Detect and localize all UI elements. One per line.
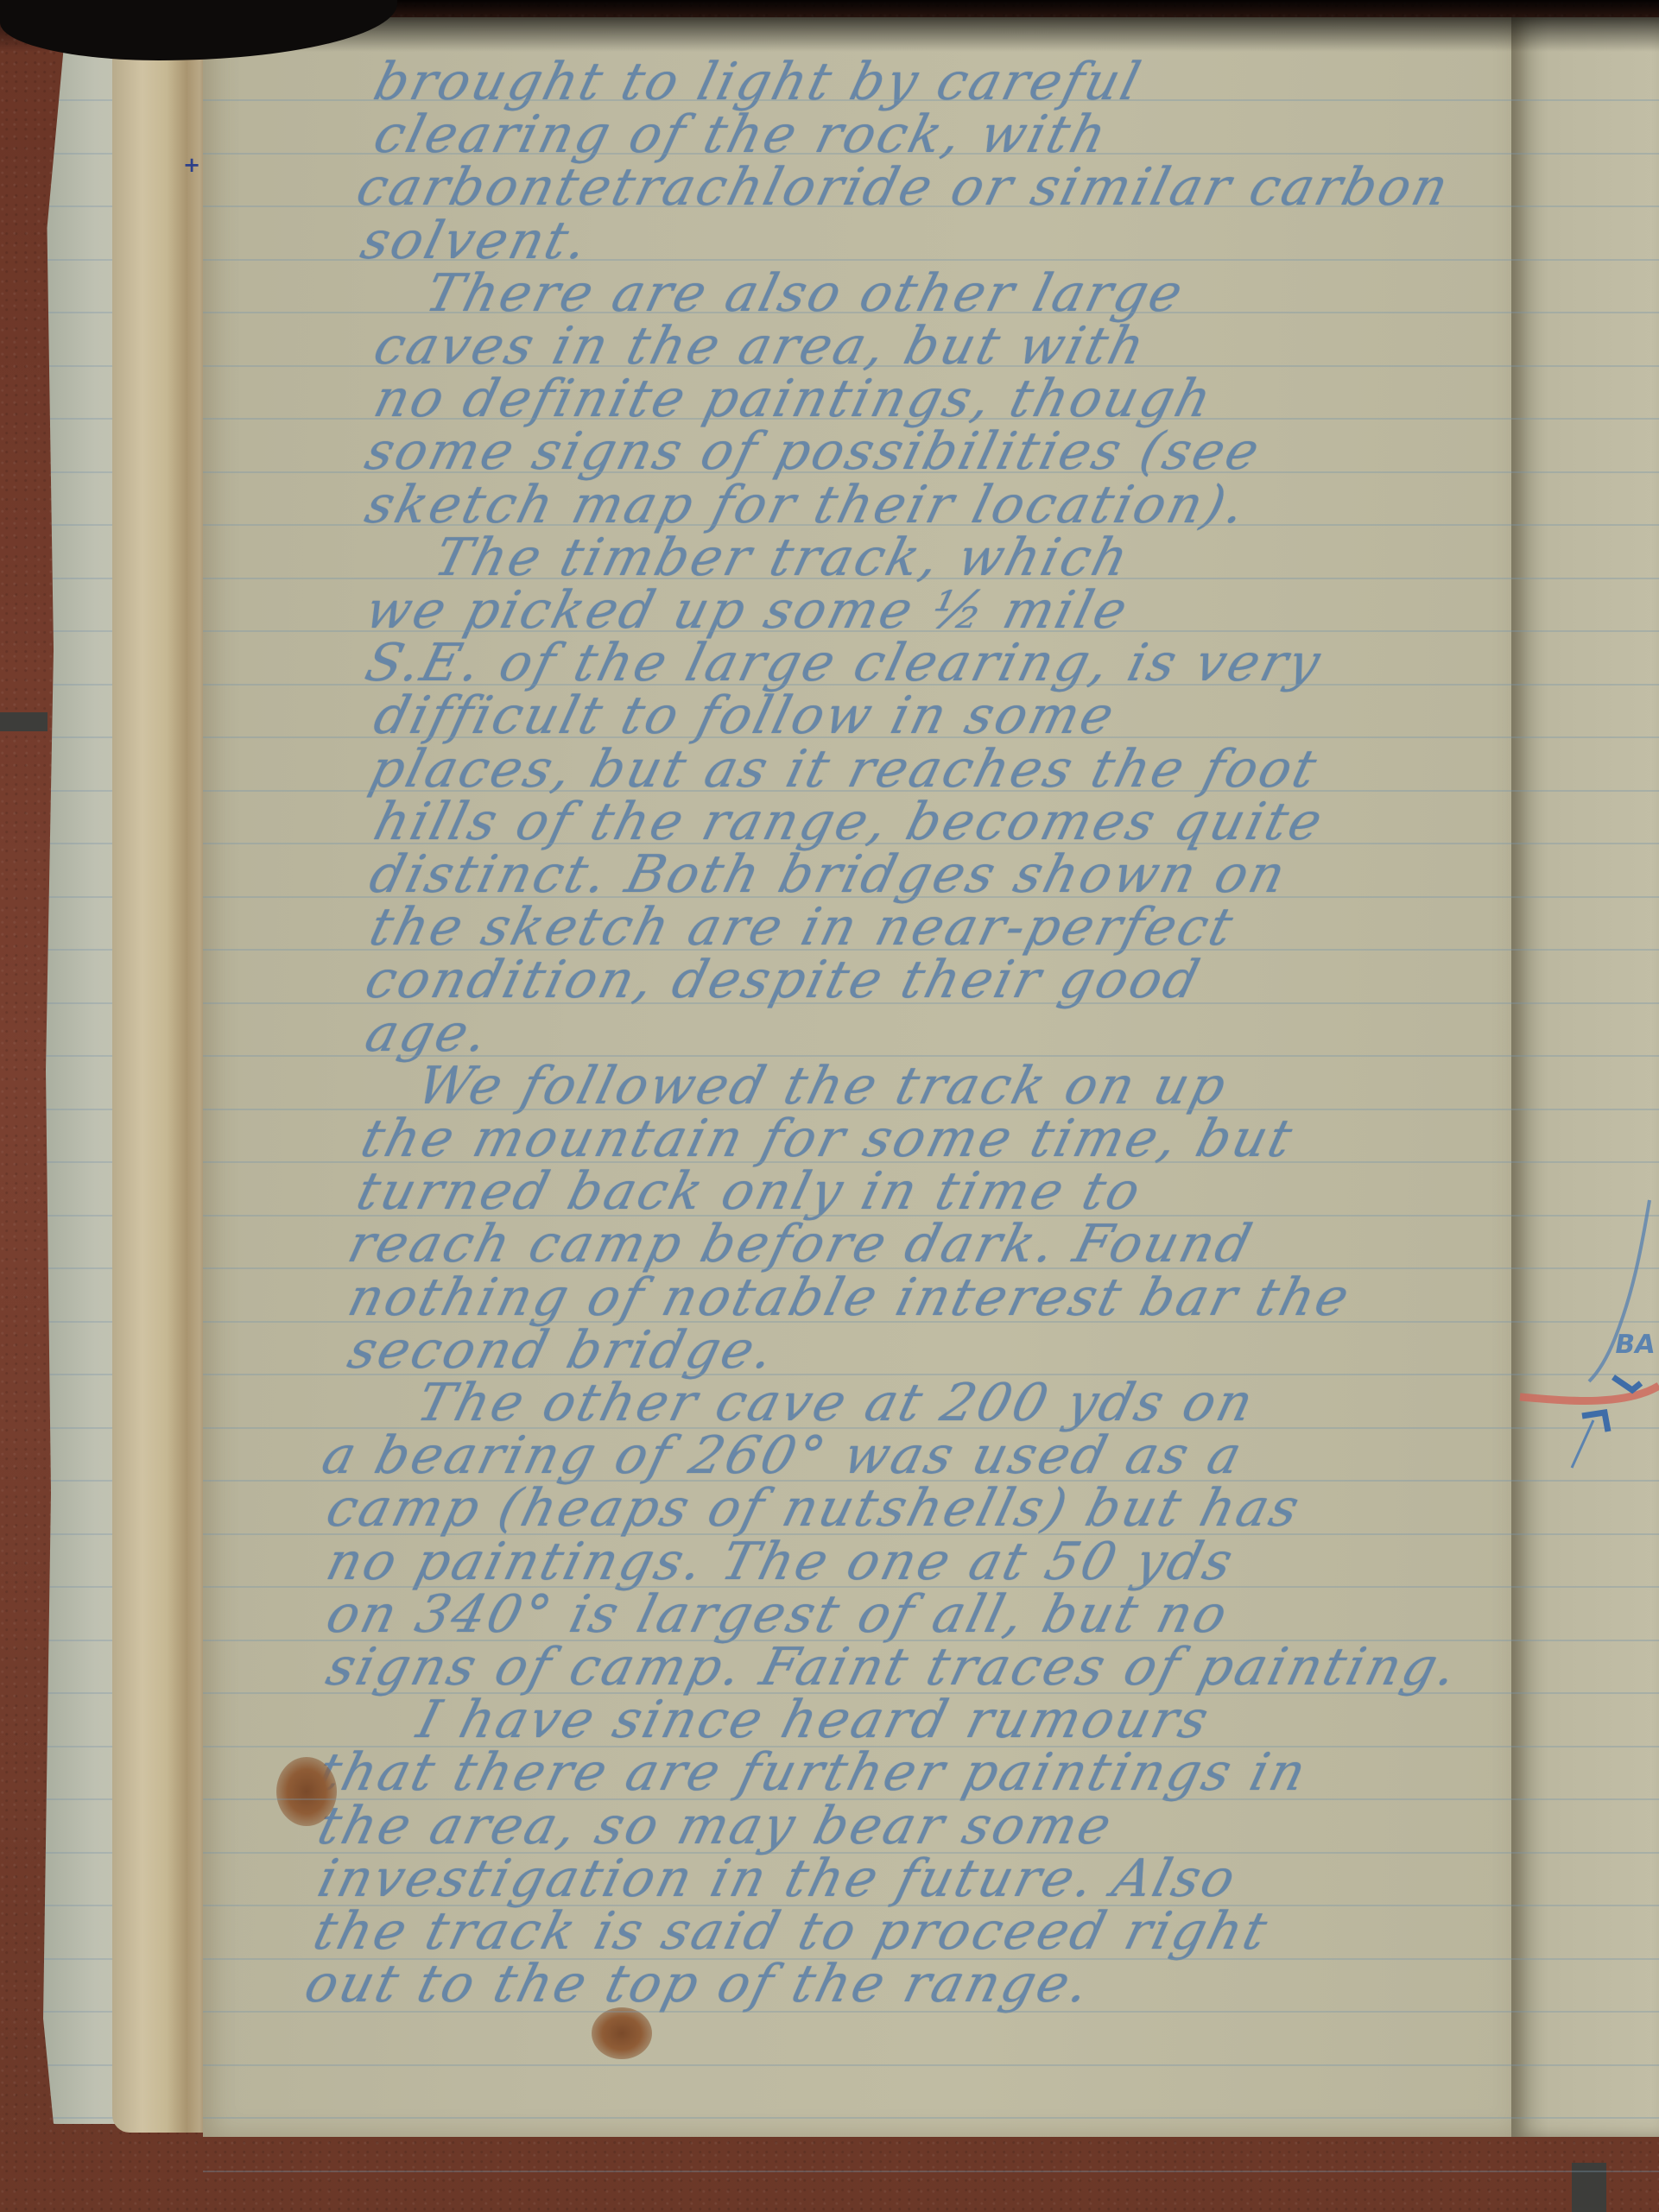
sketch-map-fragment: BA [1511, 1122, 1659, 1511]
ruled-line [203, 1427, 1511, 1429]
ruled-line [1511, 259, 1659, 261]
ruled-line [203, 1321, 1511, 1323]
ruled-line [1511, 1109, 1659, 1110]
handwritten-line: the mountain for some time, but [355, 1109, 1300, 1169]
handwritten-line: solvent. [355, 211, 596, 271]
handwritten-line: nothing of notable interest bar the [342, 1267, 1357, 1328]
handwritten-line: no paintings. The one at 50 yds [320, 1532, 1241, 1592]
ruled-line [203, 2117, 1511, 2119]
ruled-line [203, 1533, 1511, 1535]
ruled-line [203, 1002, 1511, 1004]
ruled-line [203, 1852, 1511, 1854]
notebook-page: brought to light by carefulclearing of t… [203, 17, 1511, 2137]
ruled-line [203, 1480, 1511, 1482]
ruled-line [203, 1109, 1511, 1110]
handwritten-line: turned back only in time to [351, 1161, 1149, 1222]
handwritten-line: that there are further paintings in [312, 1742, 1314, 1803]
handwritten-line: a bearing of 260° was used as a [316, 1425, 1250, 1486]
ruled-line [1511, 2064, 1659, 2066]
ruled-line [203, 418, 1511, 420]
ruled-line [1511, 524, 1659, 526]
ruled-line [1511, 1852, 1659, 1854]
ruled-line [203, 2011, 1511, 2013]
ruled-line [1511, 1055, 1659, 1057]
ruled-line [1511, 312, 1659, 313]
ruled-line [203, 1640, 1511, 1641]
ruled-line [203, 259, 1511, 261]
ruled-line [1511, 365, 1659, 367]
handwritten-line: reach camp before dark. Found [342, 1214, 1260, 1274]
ruled-line [1511, 1798, 1659, 1800]
ruled-line [203, 1055, 1511, 1057]
handwritten-line: second bridge. [342, 1320, 782, 1381]
handwritten-line: some signs of possibilities (see [359, 421, 1267, 482]
notebook-binding [112, 17, 212, 2133]
ruled-line [1511, 1640, 1659, 1641]
ruled-line [1511, 949, 1659, 951]
ruled-line [1511, 471, 1659, 473]
handwritten-line: sketch map for their location). [359, 475, 1253, 535]
handwritten-line: signs of camp. Faint traces of painting. [320, 1637, 1465, 1697]
tile-gap [0, 712, 47, 731]
handwritten-line: no definite paintings, though [368, 369, 1219, 429]
ruled-line [1511, 2171, 1659, 2172]
ruled-line [203, 896, 1511, 898]
ruled-line [1511, 99, 1659, 101]
ruled-line [1511, 1002, 1659, 1004]
handwritten-line: I have since heard rumours [411, 1690, 1216, 1750]
ruled-line [1511, 153, 1659, 155]
handwritten-line: the area, so may bear some [312, 1796, 1119, 1856]
handwritten-line: the track is said to proceed right [307, 1901, 1275, 1962]
handwritten-line: The other cave at 200 yds on [411, 1373, 1261, 1433]
handwritten-line: caves in the area, but with [368, 316, 1153, 376]
ruled-line [203, 790, 1511, 792]
handwritten-line: carbontetrachloride or similar carbon [351, 157, 1456, 218]
ruled-line [203, 1161, 1511, 1163]
ruled-line [203, 578, 1511, 579]
handwritten-line: We followed the track on up [411, 1056, 1234, 1116]
ruled-line [203, 471, 1511, 473]
sketch-label: BA [1612, 1330, 1657, 1360]
ruled-line [203, 1215, 1511, 1217]
ruled-line [203, 684, 1511, 686]
handwritten-line: investigation in the future. Also [312, 1849, 1244, 1909]
ruled-line [1511, 1746, 1659, 1747]
ruled-line [1511, 205, 1659, 207]
ruled-line [1511, 1958, 1659, 1960]
ruled-line [1511, 1586, 1659, 1588]
ruled-line [203, 1958, 1511, 1960]
ruled-line [203, 312, 1511, 313]
coffee-stain [276, 1757, 337, 1826]
ruled-line [1511, 630, 1659, 632]
ruled-line [203, 524, 1511, 526]
ruled-line [1511, 1905, 1659, 1906]
ruled-line [203, 2171, 1511, 2172]
ruled-line [1511, 843, 1659, 844]
coffee-stain [592, 2007, 652, 2059]
ruled-line [203, 736, 1511, 738]
ruled-line [1511, 896, 1659, 898]
ruled-line [1511, 1533, 1659, 1535]
ruled-line [1511, 1692, 1659, 1694]
handwritten-line: camp (heaps of nutshells) but has [320, 1478, 1308, 1539]
ruled-line [203, 843, 1511, 844]
handwritten-line: There are also other large [420, 263, 1191, 324]
ruled-line [203, 1746, 1511, 1747]
handwritten-line: brought to light by careful [368, 52, 1148, 112]
ruled-line [1511, 736, 1659, 738]
ruled-line [203, 949, 1511, 951]
ruled-line [203, 630, 1511, 632]
ruled-line [1511, 2117, 1659, 2119]
ruled-line [203, 1586, 1511, 1588]
handwritten-line: on 340° is largest of all, but no [320, 1584, 1235, 1645]
ruled-line [1511, 2011, 1659, 2013]
handwritten-line: out to the top of the range. [299, 1954, 1098, 2014]
ruled-line [1511, 578, 1659, 579]
ruled-line [203, 1267, 1511, 1269]
margin-mark: + [183, 152, 200, 177]
ruled-line [203, 99, 1511, 101]
ruled-line [203, 205, 1511, 207]
sketch-map-icon [1511, 1122, 1659, 1511]
ruled-line [1511, 790, 1659, 792]
ruled-line [203, 1905, 1511, 1906]
ruled-line [203, 1798, 1511, 1800]
ruled-line [203, 153, 1511, 155]
handwritten-line: clearing of the rock, with [368, 104, 1114, 165]
ruled-line [203, 2064, 1511, 2066]
ruled-line [1511, 418, 1659, 420]
ruled-line [203, 1692, 1511, 1694]
facing-page [1511, 17, 1659, 2137]
ruled-line [203, 365, 1511, 367]
ruled-line [1511, 684, 1659, 686]
ruled-line [203, 1374, 1511, 1375]
